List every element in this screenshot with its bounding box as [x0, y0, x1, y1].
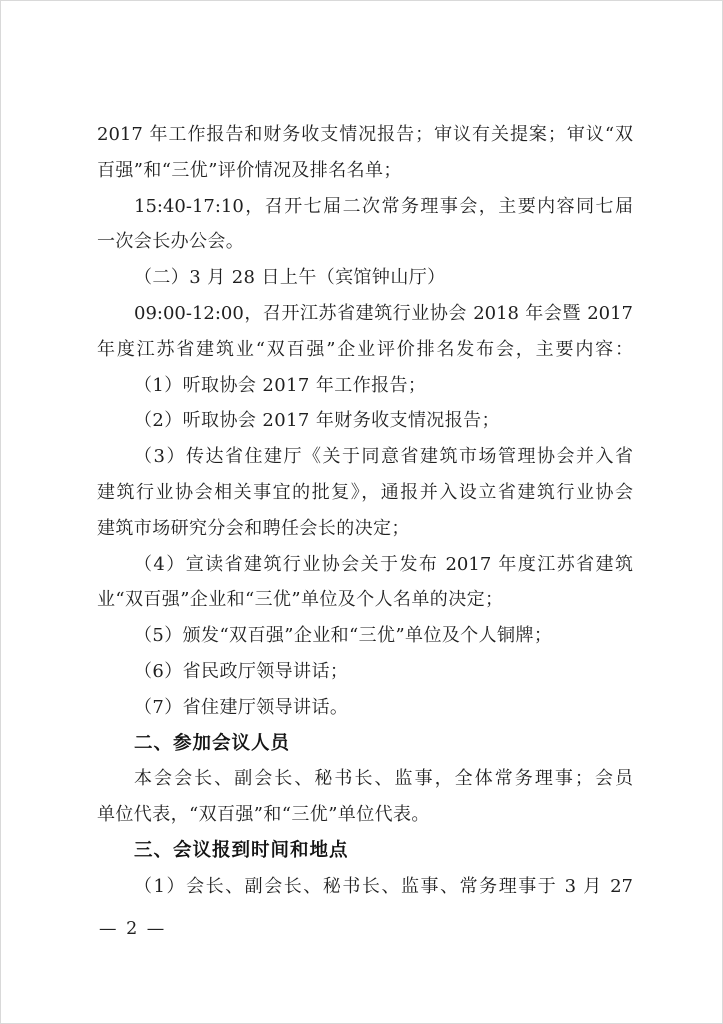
section-heading: 三、会议报到时间和地点	[97, 833, 633, 869]
text-line: 百强”和“三优”评价情况及排名名单；	[97, 153, 633, 189]
text-line: 单位代表，“双百强”和“三优”单位代表。	[97, 797, 633, 833]
document-page: 2017 年工作报告和财务收支情况报告；审议有关提案；审议“双百强”和“三优”评…	[0, 0, 723, 1024]
text-line: 本会会长、副会长、秘书长、监事，全体常务理事；会员	[97, 761, 633, 797]
text-line: （6）省民政厅领导讲话；	[97, 654, 633, 690]
text-line: （2）听取协会 2017 年财务收支情况报告；	[97, 403, 633, 439]
text-line: （4）宣读省建筑行业协会关于发布 2017 年度江苏省建筑	[97, 547, 633, 583]
text-line: 年度江苏省建筑业“双百强”企业评价排名发布会，主要内容：	[97, 332, 633, 368]
text-line: 2017 年工作报告和财务收支情况报告；审议有关提案；审议“双	[97, 117, 633, 153]
page-number: — 2 —	[99, 916, 166, 942]
text-line: （1）会长、副会长、秘书长、监事、常务理事于 3 月 27	[97, 869, 633, 905]
text-line: （5）颁发“双百强”企业和“三优”单位及个人铜牌；	[97, 618, 633, 654]
text-line: 一次会长办公会。	[97, 224, 633, 260]
text-line: （7）省住建厅领导讲话。	[97, 690, 633, 726]
text-line: 15:40-17:10，召开七届二次常务理事会，主要内容同七届	[97, 189, 633, 225]
text-line: （3）传达省住建厅《关于同意省建筑市场管理协会并入省	[97, 439, 633, 475]
text-line: 建筑市场研究分会和聘任会长的决定；	[97, 511, 633, 547]
text-block: 2017 年工作报告和财务收支情况报告；审议有关提案；审议“双百强”和“三优”评…	[97, 117, 633, 905]
text-line: 业“双百强”企业和“三优”单位及个人名单的决定；	[97, 582, 633, 618]
text-line: （1）听取协会 2017 年工作报告；	[97, 368, 633, 404]
text-line: 09:00-12:00，召开江苏省建筑行业协会 2018 年会暨 2017	[97, 296, 633, 332]
section-heading: 二、参加会议人员	[97, 726, 633, 762]
text-line: （二）3 月 28 日上午（宾馆钟山厅）	[97, 260, 633, 296]
text-line: 建筑行业协会相关事宜的批复》，通报并入设立省建筑行业协会	[97, 475, 633, 511]
